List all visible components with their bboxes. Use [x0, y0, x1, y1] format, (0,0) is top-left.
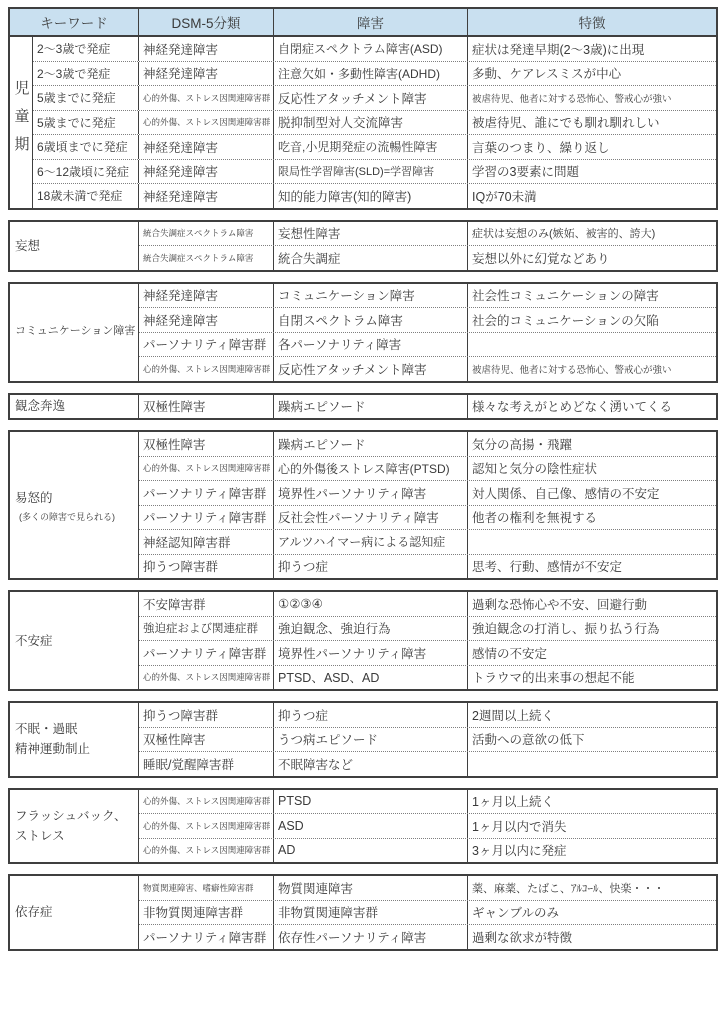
feature-cell: トラウマ的出来事の想起不能 — [467, 666, 716, 690]
section-keyword-label: 易怒的 — [15, 488, 138, 508]
disorder-cell: うつ病エピソード — [273, 728, 467, 752]
disorder-cell: 依存性パーソナリティ障害 — [273, 925, 467, 949]
section-rows: 神経発達障害コミュニケーション障害社会性コミュニケーションの障害神経発達障害自閉… — [139, 284, 716, 381]
table-row: 双極性障害躁病エピソード気分の高揚・飛躍 — [139, 432, 716, 456]
dsm-category-cell: パーソナリティ障害群 — [139, 641, 273, 665]
table-row: 統合失調症スペクトラム障害統合失調症妄想以外に幻覚などあり — [139, 245, 716, 270]
table-row: 心的外傷、ストレス因関連障害群反応性アタッチメント障害被虐待児、他者に対する恐怖… — [139, 356, 716, 381]
disorder-cell: 物質関連障害 — [273, 876, 467, 900]
feature-cell: 症状は妄想のみ(嫉妬、被害的、誇大) — [467, 222, 716, 246]
dsm-category-cell: 非物質関連障害群 — [139, 901, 273, 925]
feature-cell: 活動への意欲の低下 — [467, 728, 716, 752]
feature-cell: 学習の3要素に問題 — [467, 160, 716, 184]
feature-cell: 気分の高揚・飛躍 — [467, 432, 716, 456]
feature-cell — [467, 752, 716, 776]
feature-cell: 様々な考えがとめどなく湧いてくる — [467, 395, 716, 419]
disorder-cell: 非物質関連障害群 — [273, 901, 467, 925]
section: 不安症不安障害群①②③④過剰な恐怖心や不安、回避行動強迫症および関連症群強迫観念… — [8, 590, 718, 691]
dsm-category-cell: パーソナリティ障害群 — [139, 333, 273, 357]
table-row: 神経発達障害自閉スペクトラム障害社会的コミュニケーションの欠陥 — [139, 307, 716, 332]
page: キーワード DSM-5分類 障害 特徴 児童期2〜3歳で発症神経発達障害自閉症ス… — [0, 0, 727, 1024]
feature-cell: 3ヶ月以内に発症 — [467, 839, 716, 863]
feature-cell: 薬、麻薬、たばこ、ｱﾙｺｰﾙ、快楽・・・ — [467, 876, 716, 900]
table-row: 6歳頃までに発症神経発達障害吃音,小児期発症の流暢性障害言葉のつまり、繰り返し — [33, 134, 716, 159]
dsm-category-cell: パーソナリティ障害群 — [139, 925, 273, 949]
section-keyword-cell: 不安症 — [10, 592, 139, 689]
disorder-cell: 自閉スペクトラム障害 — [273, 308, 467, 332]
section: 妄想統合失調症スペクトラム障害妄想性障害症状は妄想のみ(嫉妬、被害的、誇大)統合… — [8, 220, 718, 272]
section-rows: 不安障害群①②③④過剰な恐怖心や不安、回避行動強迫症および関連症群強迫観念、強迫… — [139, 592, 716, 689]
dsm-category-cell: 抑うつ障害群 — [139, 703, 273, 727]
section: 観念奔逸双極性障害躁病エピソード様々な考えがとめどなく湧いてくる — [8, 393, 718, 421]
section-keyword-label: コミュニケーション障害 — [15, 323, 138, 341]
table-row: パーソナリティ障害群各パーソナリティ障害 — [139, 332, 716, 357]
dsm-category-cell: 双極性障害 — [139, 395, 273, 419]
dsm-category-cell: 心的外傷、ストレス因関連障害群 — [139, 666, 273, 690]
table-row: 18歳未満で発症神経発達障害知的能力障害(知的障害)IQが70未満 — [33, 183, 716, 208]
table-row: パーソナリティ障害群依存性パーソナリティ障害過剰な欲求が特徴 — [139, 924, 716, 949]
table-row: 5歳までに発症心的外傷、ストレス因関連障害群脱抑制型対人交流障害被虐待児、誰にで… — [33, 110, 716, 135]
column-header-keyword: キーワード — [10, 9, 138, 35]
table-row: 抑うつ障害群抑うつ症思考、行動、感情が不安定 — [139, 554, 716, 579]
section-rows: 物質関連障害、嗜癖性障害群物質関連障害薬、麻薬、たばこ、ｱﾙｺｰﾙ、快楽・・・非… — [139, 876, 716, 949]
dsm-category-cell: 物質関連障害、嗜癖性障害群 — [139, 876, 273, 900]
disorder-cell: ASD — [273, 814, 467, 838]
feature-cell: 1ヶ月以上続く — [467, 790, 716, 814]
disorder-cell: 不眠障害など — [273, 752, 467, 776]
disorder-cell: 境界性パーソナリティ障害 — [273, 481, 467, 505]
table-row: 心的外傷、ストレス因関連障害群ASD1ヶ月以内で消失 — [139, 813, 716, 838]
dsm-category-cell: 心的外傷、ストレス因関連障害群 — [139, 790, 273, 814]
feature-cell: 他者の権利を無視する — [467, 506, 716, 530]
section-keyword-cell: 不眠・過眠 精神運動制止 — [10, 703, 139, 776]
dsm-category-cell: 心的外傷、ストレス因関連障害群 — [138, 86, 273, 110]
dsm-category-cell: 強迫症および関連症群 — [139, 617, 273, 641]
disorder-cell: AD — [273, 839, 467, 863]
table-row: 心的外傷、ストレス因関連障害群心的外傷後ストレス障害(PTSD)認知と気分の陰性… — [139, 456, 716, 481]
table-row: 非物質関連障害群非物質関連障害群ギャンブルのみ — [139, 900, 716, 925]
keyword-cell: 2〜3歳で発症 — [33, 62, 138, 86]
disorder-cell: 自閉症スペクトラム障害(ASD) — [273, 37, 467, 61]
section-rows: 双極性障害躁病エピソード気分の高揚・飛躍心的外傷、ストレス因関連障害群心的外傷後… — [139, 432, 716, 578]
disorder-cell: コミュニケーション障害 — [273, 284, 467, 308]
dsm-category-cell: 神経発達障害 — [139, 308, 273, 332]
dsm5-classification-table: キーワード DSM-5分類 障害 特徴 児童期2〜3歳で発症神経発達障害自閉症ス… — [8, 7, 718, 951]
feature-cell: 思考、行動、感情が不安定 — [467, 555, 716, 579]
dsm-category-cell: 神経発達障害 — [138, 184, 273, 208]
section-childhood: 児童期2〜3歳で発症神経発達障害自閉症スペクトラム障害(ASD)症状は発達早期(… — [8, 37, 718, 210]
table-row: 2〜3歳で発症神経発達障害自閉症スペクトラム障害(ASD)症状は発達早期(2〜3… — [33, 37, 716, 61]
disorder-cell: 各パーソナリティ障害 — [273, 333, 467, 357]
feature-cell: 被虐待児、誰にでも馴れ馴れしい — [467, 111, 716, 135]
disorder-cell: 心的外傷後ストレス障害(PTSD) — [273, 457, 467, 481]
disorder-cell: PTSD — [273, 790, 467, 814]
table-row: 神経認知障害群アルツハイマー病による認知症 — [139, 529, 716, 554]
feature-cell: IQが70未満 — [467, 184, 716, 208]
disorder-cell: 妄想性障害 — [273, 222, 467, 246]
disorder-cell: 反応性アタッチメント障害 — [273, 357, 467, 381]
dsm-category-cell: 神経発達障害 — [138, 37, 273, 61]
section-keyword-cell: 依存症 — [10, 876, 139, 949]
section-keyword-label: 妄想 — [15, 236, 138, 256]
table-row: 5歳までに発症心的外傷、ストレス因関連障害群反応性アタッチメント障害被虐待児、他… — [33, 85, 716, 110]
disorder-cell: 統合失調症 — [273, 246, 467, 270]
disorder-cell: 知的能力障害(知的障害) — [273, 184, 467, 208]
table-row: パーソナリティ障害群境界性パーソナリティ障害感情の不安定 — [139, 640, 716, 665]
dsm-category-cell: 神経認知障害群 — [139, 530, 273, 554]
feature-cell: 過剰な欲求が特徴 — [467, 925, 716, 949]
dsm-category-cell: パーソナリティ障害群 — [139, 506, 273, 530]
disorder-cell: PTSD、ASD、AD — [273, 666, 467, 690]
dsm-category-cell: 不安障害群 — [139, 592, 273, 616]
section-keyword-cell: 易怒的(多くの障害で見られる) — [10, 432, 139, 578]
disorder-cell: 境界性パーソナリティ障害 — [273, 641, 467, 665]
section-keyword-label: 不眠・過眠 精神運動制止 — [15, 719, 138, 759]
dsm-category-cell: 睡眠/覚醒障害群 — [139, 752, 273, 776]
disorder-cell: 吃音,小児期発症の流暢性障害 — [273, 135, 467, 159]
disorder-cell: 躁病エピソード — [273, 432, 467, 456]
feature-cell: 症状は発達早期(2〜3歳)に出現 — [467, 37, 716, 61]
feature-cell: ギャンブルのみ — [467, 901, 716, 925]
feature-cell: 2週間以上続く — [467, 703, 716, 727]
feature-cell: 過剰な恐怖心や不安、回避行動 — [467, 592, 716, 616]
feature-cell: 社会的コミュニケーションの欠陥 — [467, 308, 716, 332]
section-keyword-label: フラッシュバック、 ストレス — [15, 806, 138, 846]
table-row: パーソナリティ障害群境界性パーソナリティ障害対人関係、自己像、感情の不安定 — [139, 480, 716, 505]
section-rows: 2〜3歳で発症神経発達障害自閉症スペクトラム障害(ASD)症状は発達早期(2〜3… — [33, 37, 716, 208]
disorder-cell: 反社会性パーソナリティ障害 — [273, 506, 467, 530]
dsm-category-cell: 心的外傷、ストレス因関連障害群 — [139, 357, 273, 381]
disorder-cell: 反応性アタッチメント障害 — [273, 86, 467, 110]
column-header-dsm5: DSM-5分類 — [138, 9, 273, 35]
keyword-cell: 6歳頃までに発症 — [33, 135, 138, 159]
table-row: 物質関連障害、嗜癖性障害群物質関連障害薬、麻薬、たばこ、ｱﾙｺｰﾙ、快楽・・・ — [139, 876, 716, 900]
table-row: 神経発達障害コミュニケーション障害社会性コミュニケーションの障害 — [139, 284, 716, 308]
table-row: 双極性障害躁病エピソード様々な考えがとめどなく湧いてくる — [139, 395, 716, 419]
table-row: 心的外傷、ストレス因関連障害群PTSD、ASD、ADトラウマ的出来事の想起不能 — [139, 665, 716, 690]
feature-cell: 認知と気分の陰性症状 — [467, 457, 716, 481]
section-rows: 抑うつ障害群抑うつ症2週間以上続く双極性障害うつ病エピソード活動への意欲の低下睡… — [139, 703, 716, 776]
table-header-row: キーワード DSM-5分類 障害 特徴 — [8, 7, 718, 37]
section: フラッシュバック、 ストレス心的外傷、ストレス因関連障害群PTSD1ヶ月以上続く… — [8, 788, 718, 865]
disorder-cell: 抑うつ症 — [273, 703, 467, 727]
dsm-category-cell: 双極性障害 — [139, 432, 273, 456]
table-row: 6〜12歳頃に発症神経発達障害限局性学習障害(SLD)=学習障害学習の3要素に問… — [33, 159, 716, 184]
dsm-category-cell: パーソナリティ障害群 — [139, 481, 273, 505]
section-keyword-cell: 観念奔逸 — [10, 395, 139, 419]
section-rows: 統合失調症スペクトラム障害妄想性障害症状は妄想のみ(嫉妬、被害的、誇大)統合失調… — [139, 222, 716, 270]
feature-cell — [467, 333, 716, 357]
feature-cell: 言葉のつまり、繰り返し — [467, 135, 716, 159]
section-keyword-label: 不安症 — [15, 631, 138, 651]
column-header-feature: 特徴 — [467, 9, 716, 35]
table-row: パーソナリティ障害群反社会性パーソナリティ障害他者の権利を無視する — [139, 505, 716, 530]
column-header-disorder: 障害 — [273, 9, 467, 35]
feature-cell: 多動、ケアレスミスが中心 — [467, 62, 716, 86]
dsm-category-cell: 神経発達障害 — [138, 62, 273, 86]
feature-cell: 社会性コミュニケーションの障害 — [467, 284, 716, 308]
table-row: 不安障害群①②③④過剰な恐怖心や不安、回避行動 — [139, 592, 716, 616]
table-row: 統合失調症スペクトラム障害妄想性障害症状は妄想のみ(嫉妬、被害的、誇大) — [139, 222, 716, 246]
dsm-category-cell: 心的外傷、ストレス因関連障害群 — [139, 814, 273, 838]
table-row: 抑うつ障害群抑うつ症2週間以上続く — [139, 703, 716, 727]
feature-cell: 被虐待児、他者に対する恐怖心、警戒心が強い — [467, 357, 716, 381]
dsm-category-cell: 心的外傷、ストレス因関連障害群 — [138, 111, 273, 135]
disorder-cell: 躁病エピソード — [273, 395, 467, 419]
disorder-cell: 限局性学習障害(SLD)=学習障害 — [273, 160, 467, 184]
section-keyword-cell: 妄想 — [10, 222, 139, 270]
keyword-cell: 2〜3歳で発症 — [33, 37, 138, 61]
disorder-cell: 抑うつ症 — [273, 555, 467, 579]
section-keyword-label: 観念奔逸 — [15, 396, 138, 416]
dsm-category-cell: 抑うつ障害群 — [139, 555, 273, 579]
keyword-cell: 6〜12歳頃に発症 — [33, 160, 138, 184]
feature-cell: 対人関係、自己像、感情の不安定 — [467, 481, 716, 505]
dsm-category-cell: 神経発達障害 — [138, 160, 273, 184]
feature-cell — [467, 530, 716, 554]
table-row: 心的外傷、ストレス因関連障害群PTSD1ヶ月以上続く — [139, 790, 716, 814]
disorder-cell: 強迫観念、強迫行為 — [273, 617, 467, 641]
table-sections: 児童期2〜3歳で発症神経発達障害自閉症スペクトラム障害(ASD)症状は発達早期(… — [8, 37, 718, 951]
section-keyword-cell: フラッシュバック、 ストレス — [10, 790, 139, 863]
table-row: 双極性障害うつ病エピソード活動への意欲の低下 — [139, 727, 716, 752]
section: 依存症物質関連障害、嗜癖性障害群物質関連障害薬、麻薬、たばこ、ｱﾙｺｰﾙ、快楽・… — [8, 874, 718, 951]
section-keyword-label: 依存症 — [15, 902, 138, 922]
feature-cell: 強迫観念の打消し、振り払う行為 — [467, 617, 716, 641]
section-keyword-cell: コミュニケーション障害 — [10, 284, 139, 381]
keyword-cell: 5歳までに発症 — [33, 111, 138, 135]
disorder-cell: アルツハイマー病による認知症 — [273, 530, 467, 554]
table-row: 心的外傷、ストレス因関連障害群AD3ヶ月以内に発症 — [139, 838, 716, 863]
childhood-side-label: 児童期 — [10, 37, 33, 208]
table-row: 強迫症および関連症群強迫観念、強迫行為強迫観念の打消し、振り払う行為 — [139, 616, 716, 641]
dsm-category-cell: 統合失調症スペクトラム障害 — [139, 246, 273, 270]
section-keyword-note: (多くの障害で見られる) — [15, 510, 138, 523]
dsm-category-cell: 神経発達障害 — [139, 284, 273, 308]
section-rows: 心的外傷、ストレス因関連障害群PTSD1ヶ月以上続く心的外傷、ストレス因関連障害… — [139, 790, 716, 863]
dsm-category-cell: 心的外傷、ストレス因関連障害群 — [139, 839, 273, 863]
keyword-cell: 5歳までに発症 — [33, 86, 138, 110]
section: 易怒的(多くの障害で見られる)双極性障害躁病エピソード気分の高揚・飛躍心的外傷、… — [8, 430, 718, 580]
feature-cell: 被虐待児、他者に対する恐怖心、警戒心が強い — [467, 86, 716, 110]
feature-cell: 感情の不安定 — [467, 641, 716, 665]
dsm-category-cell: 心的外傷、ストレス因関連障害群 — [139, 457, 273, 481]
feature-cell: 妄想以外に幻覚などあり — [467, 246, 716, 270]
section-rows: 双極性障害躁病エピソード様々な考えがとめどなく湧いてくる — [139, 395, 716, 419]
feature-cell: 1ヶ月以内で消失 — [467, 814, 716, 838]
table-row: 睡眠/覚醒障害群不眠障害など — [139, 751, 716, 776]
disorder-cell: 注意欠如・多動性障害(ADHD) — [273, 62, 467, 86]
keyword-cell: 18歳未満で発症 — [33, 184, 138, 208]
disorder-cell: ①②③④ — [273, 592, 467, 616]
disorder-cell: 脱抑制型対人交流障害 — [273, 111, 467, 135]
dsm-category-cell: 統合失調症スペクトラム障害 — [139, 222, 273, 246]
section: 不眠・過眠 精神運動制止抑うつ障害群抑うつ症2週間以上続く双極性障害うつ病エピソ… — [8, 701, 718, 778]
dsm-category-cell: 神経発達障害 — [138, 135, 273, 159]
section: コミュニケーション障害神経発達障害コミュニケーション障害社会性コミュニケーション… — [8, 282, 718, 383]
dsm-category-cell: 双極性障害 — [139, 728, 273, 752]
table-row: 2〜3歳で発症神経発達障害注意欠如・多動性障害(ADHD)多動、ケアレスミスが中… — [33, 61, 716, 86]
